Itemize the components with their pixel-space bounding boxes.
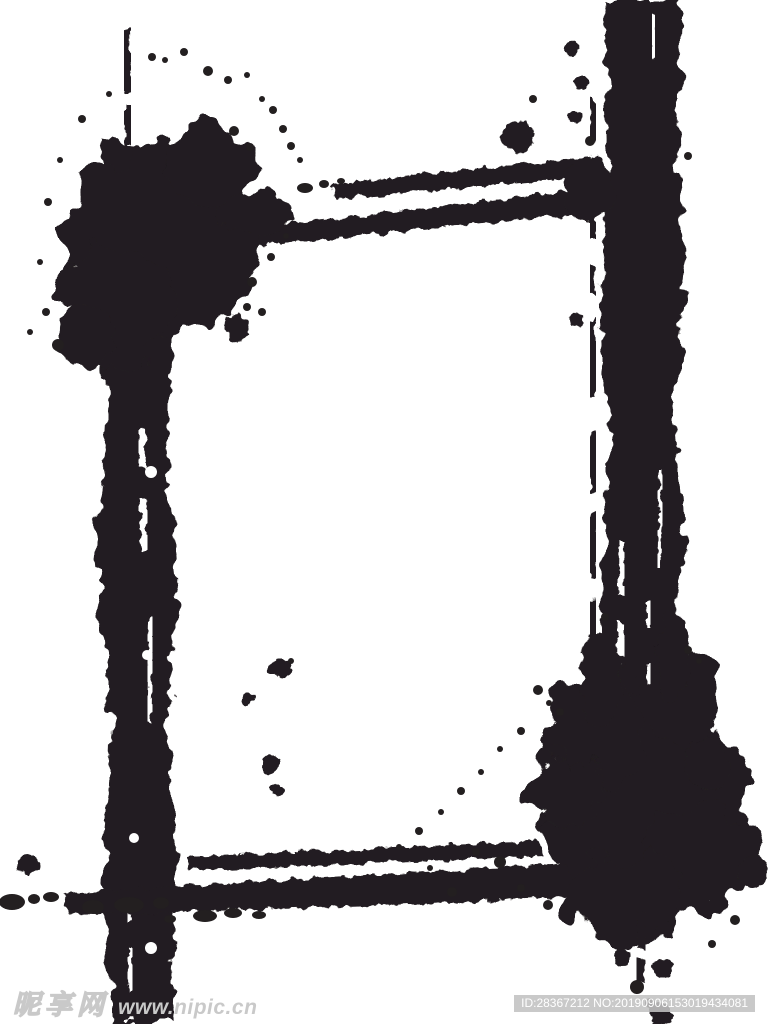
image-canvas: 昵享网 www.nipic.cn ID:28367212 NO:20190906… [0,0,770,1024]
image-id-text: ID:28367212 NO:20190906153019434081 [521,996,748,1010]
watermark-site-name: 昵享网 [13,983,109,1022]
top-left-ink-splatter [27,48,303,370]
watermark-site-url: www.nipic.cn [118,996,257,1020]
top-horizontal-stroke [233,156,613,247]
grunge-frame-artwork [0,0,770,1024]
watermark-logo: 昵享网 www.nipic.cn [13,983,257,1022]
bottom-right-ink-splatter [396,616,768,1024]
image-id-badge: ID:28367212 NO:20190906153019434081 [514,995,755,1012]
